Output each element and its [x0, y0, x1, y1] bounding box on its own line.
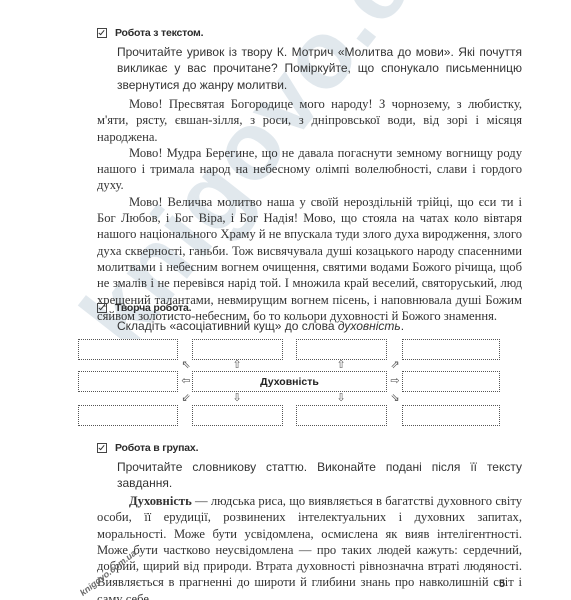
dictionary-entry: Духовність — людська риса, що виявляєтьс…: [97, 493, 522, 600]
arrow-up-right-icon: ⇗: [389, 359, 401, 371]
task-instruction: Прочитайте уривок із твору К. Мотрич «Мо…: [117, 44, 522, 93]
center-concept-box: Духовність: [192, 371, 387, 392]
task-heading-text-work: Робота з текстом.: [97, 27, 203, 39]
association-box[interactable]: [402, 405, 500, 426]
checkbox-checked-icon: [97, 28, 107, 38]
association-box[interactable]: [192, 339, 283, 360]
instruction-period: .: [401, 319, 404, 333]
dictionary-paragraph: Духовність — людська риса, що виявляєтьс…: [97, 493, 522, 600]
excerpt-paragraph: Мово! Мудра Берегине, що не давала погас…: [97, 145, 522, 194]
task-heading-creative-work: Творча робота.: [97, 302, 191, 314]
checkbox-checked-icon: [97, 443, 107, 453]
association-box[interactable]: [402, 371, 500, 392]
dictionary-definition: — людська риса, що виявляється в багатст…: [97, 494, 522, 600]
task-title: Творча робота.: [115, 302, 191, 314]
instruction-text: Складіть «асоціативний кущ» до слова: [117, 319, 338, 333]
page-number: 5: [499, 578, 505, 590]
excerpt-text: Мово! Пресвятая Богородице мого народу! …: [97, 96, 522, 324]
arrow-down-right-icon: ⇘: [389, 392, 401, 404]
association-box[interactable]: [78, 405, 178, 426]
arrow-up-icon: ⇧: [231, 359, 243, 371]
association-box[interactable]: [78, 339, 178, 360]
arrow-up-left-icon: ⇖: [180, 359, 192, 371]
checkbox-checked-icon: [97, 303, 107, 313]
task-instruction: Складіть «асоціативний кущ» до слова дух…: [117, 318, 522, 334]
excerpt-paragraph: Мово! Пресвятая Богородице мого народу! …: [97, 96, 522, 145]
association-box[interactable]: [296, 405, 387, 426]
textbook-page: knigovo.com.ua Робота з текстом. Прочита…: [0, 0, 571, 600]
task-title: Робота в групах.: [115, 442, 198, 454]
arrow-up-icon: ⇧: [335, 359, 347, 371]
association-box[interactable]: [78, 371, 178, 392]
task-title: Робота з текстом.: [115, 27, 203, 39]
arrow-left-icon: ⇦: [180, 375, 192, 387]
arrow-down-left-icon: ⇙: [180, 392, 192, 404]
dictionary-term: Духовність: [129, 494, 192, 508]
arrow-right-icon: ⇨: [389, 375, 401, 387]
task-instruction: Прочитайте словникову статтю. Виконайте …: [117, 459, 522, 492]
association-box[interactable]: [296, 339, 387, 360]
instruction-keyword: духовність: [338, 319, 401, 333]
association-box[interactable]: [402, 339, 500, 360]
association-box[interactable]: [192, 405, 283, 426]
arrow-down-icon: ⇩: [231, 392, 243, 404]
task-heading-group-work: Робота в групах.: [97, 442, 198, 454]
arrow-down-icon: ⇩: [335, 392, 347, 404]
